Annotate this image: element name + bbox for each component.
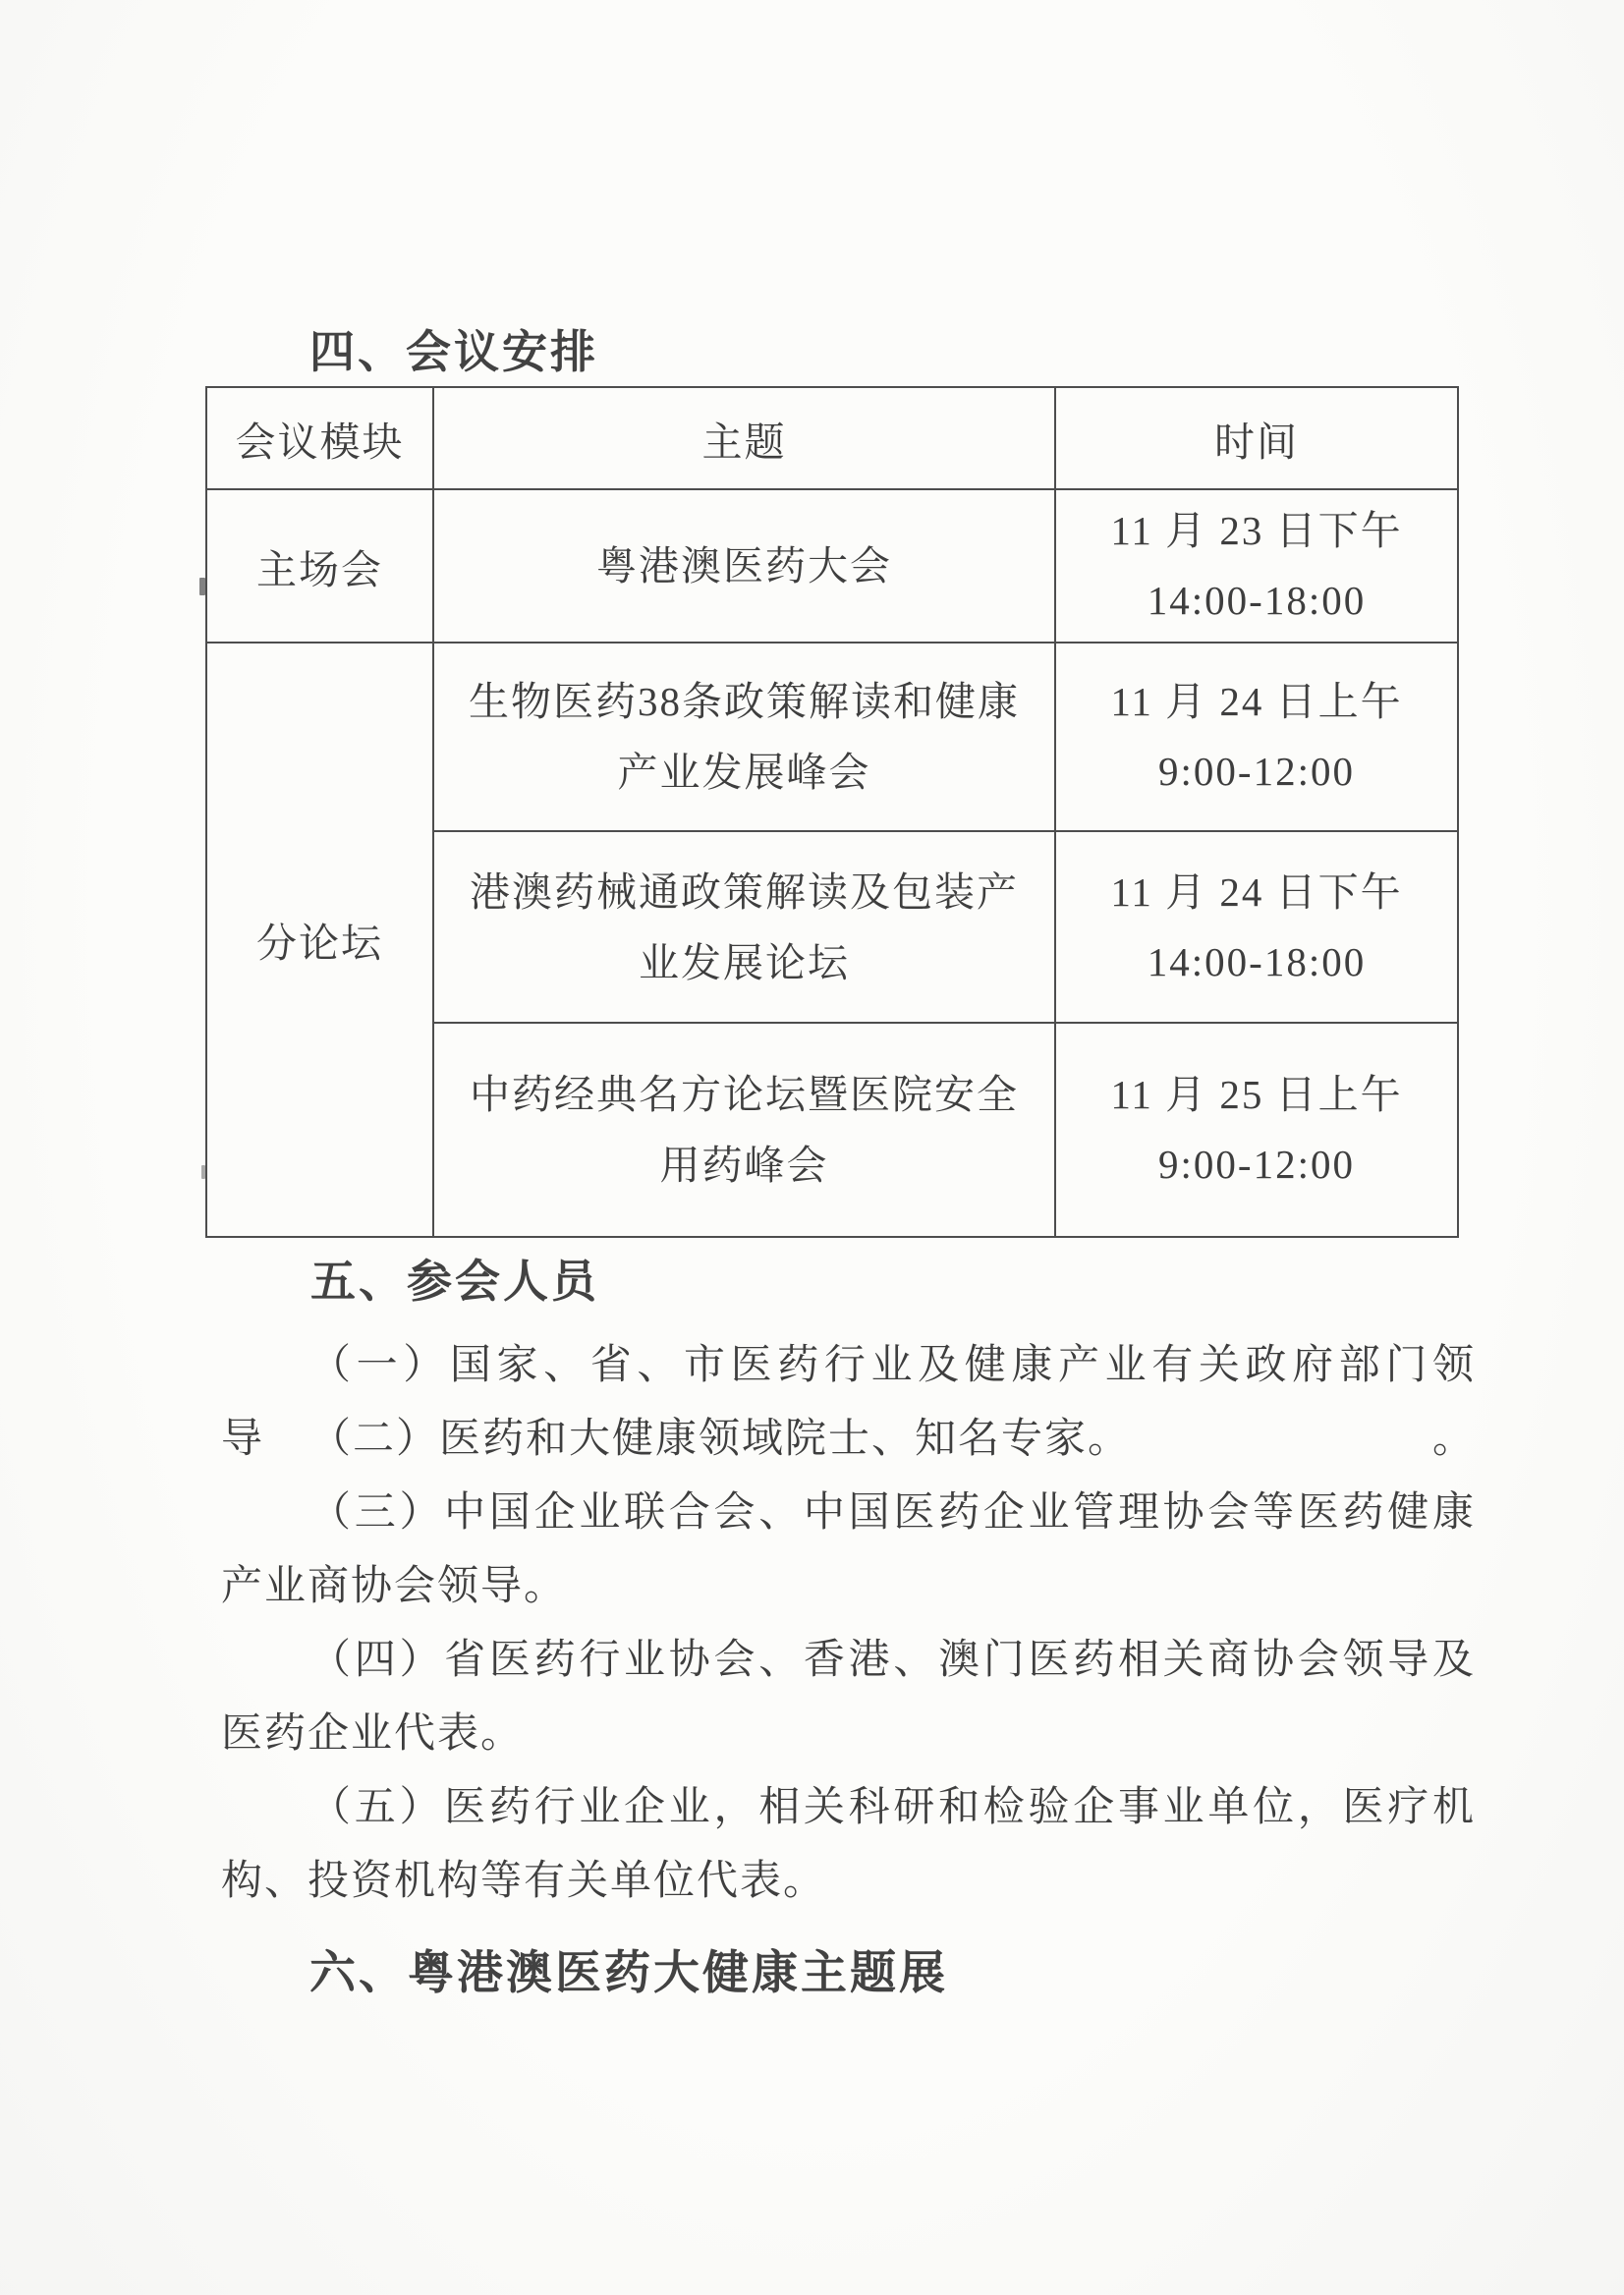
theme-text: 港澳药械通政策解读及包装产 (434, 857, 1054, 927)
attendee-item-3-line-2: 产业商协会领导。 (221, 1550, 1476, 1624)
attendees-list: （一）国家、省、市医药行业及健康产业有关政府部门领导。 （二）医药和大健康领域院… (221, 1329, 1476, 1919)
theme-text: 业发展论坛 (434, 927, 1054, 998)
time-range-text: 14:00-18:00 (1056, 566, 1457, 636)
time-date-text: 11 月 25 日上午 (1056, 1060, 1457, 1130)
theme-text: 用药峰会 (434, 1130, 1054, 1201)
table-row-forum-1: 分论坛 生物医药38条政策解读和健康 产业发展峰会 11 月 24 日上午 9:… (206, 643, 1458, 831)
theme-text: 生物医药38条政策解读和健康 (434, 666, 1054, 737)
time-date-text: 11 月 24 日上午 (1056, 667, 1457, 737)
scan-artifact (201, 1165, 205, 1179)
time-range-text: 9:00-12:00 (1056, 737, 1457, 807)
module-cell-subforum: 分论坛 (206, 643, 433, 1237)
theme-text: 产业发展峰会 (434, 737, 1054, 808)
table-header-theme: 主题 (433, 387, 1055, 489)
time-date-text: 11 月 23 日下午 (1056, 496, 1457, 566)
time-cell-forum-2: 11 月 24 日下午 14:00-18:00 (1055, 831, 1458, 1023)
theme-cell-forum-1: 生物医药38条政策解读和健康 产业发展峰会 (433, 643, 1055, 831)
attendee-item-4-line-1: （四）省医药行业协会、香港、澳门医药相关商协会领导及 (221, 1624, 1476, 1698)
time-cell-forum-1: 11 月 24 日上午 9:00-12:00 (1055, 643, 1458, 831)
theme-cell-plenary: 粤港澳医药大会 (433, 489, 1055, 643)
table-header-time: 时间 (1055, 387, 1458, 489)
section-heading-attendees: 五、参会人员 (310, 1257, 599, 1306)
time-range-text: 9:00-12:00 (1056, 1130, 1457, 1200)
theme-text: 中药经典名方论坛暨医院安全 (434, 1059, 1054, 1130)
time-cell-plenary: 11 月 23 日下午 14:00-18:00 (1055, 489, 1458, 643)
theme-cell-forum-2: 港澳药械通政策解读及包装产 业发展论坛 (433, 831, 1055, 1023)
attendee-item-3-line-1: （三）中国企业联合会、中国医药企业管理协会等医药健康 (221, 1477, 1476, 1550)
table-header-module: 会议模块 (206, 387, 433, 489)
section-heading-meeting-schedule: 四、会议安排 (309, 327, 598, 376)
section-heading-exhibition: 六、粤港澳医药大健康主题展 (309, 1946, 948, 1999)
scan-artifact (199, 578, 205, 595)
attendee-item-5-line-1: （五）医药行业企业，相关科研和检验企事业单位，医疗机 (221, 1771, 1476, 1845)
theme-cell-forum-3: 中药经典名方论坛暨医院安全 用药峰会 (433, 1023, 1055, 1237)
attendee-item-4-line-2: 医药企业代表。 (221, 1698, 1476, 1771)
time-cell-forum-3: 11 月 25 日上午 9:00-12:00 (1055, 1023, 1458, 1237)
table-header-row: 会议模块 主题 时间 (206, 387, 1458, 489)
attendee-item-1: （一）国家、省、市医药行业及健康产业有关政府部门领导。 (221, 1329, 1476, 1403)
module-cell-plenary: 主场会 (206, 489, 433, 643)
theme-text: 粤港澳医药大会 (434, 531, 1054, 601)
schedule-table: 会议模块 主题 时间 主场会 粤港澳医药大会 11 月 23 日下午 14:00… (205, 386, 1459, 1238)
document-page: 四、会议安排 会议模块 主题 时间 主场会 粤港澳医药大会 11 月 23 日下… (0, 0, 1624, 2295)
table-row-plenary: 主场会 粤港澳医药大会 11 月 23 日下午 14:00-18:00 (206, 489, 1458, 643)
time-range-text: 14:00-18:00 (1056, 927, 1457, 997)
attendee-item-5-line-2: 构、投资机构等有关单位代表。 (221, 1845, 1476, 1919)
time-date-text: 11 月 24 日下午 (1056, 858, 1457, 927)
